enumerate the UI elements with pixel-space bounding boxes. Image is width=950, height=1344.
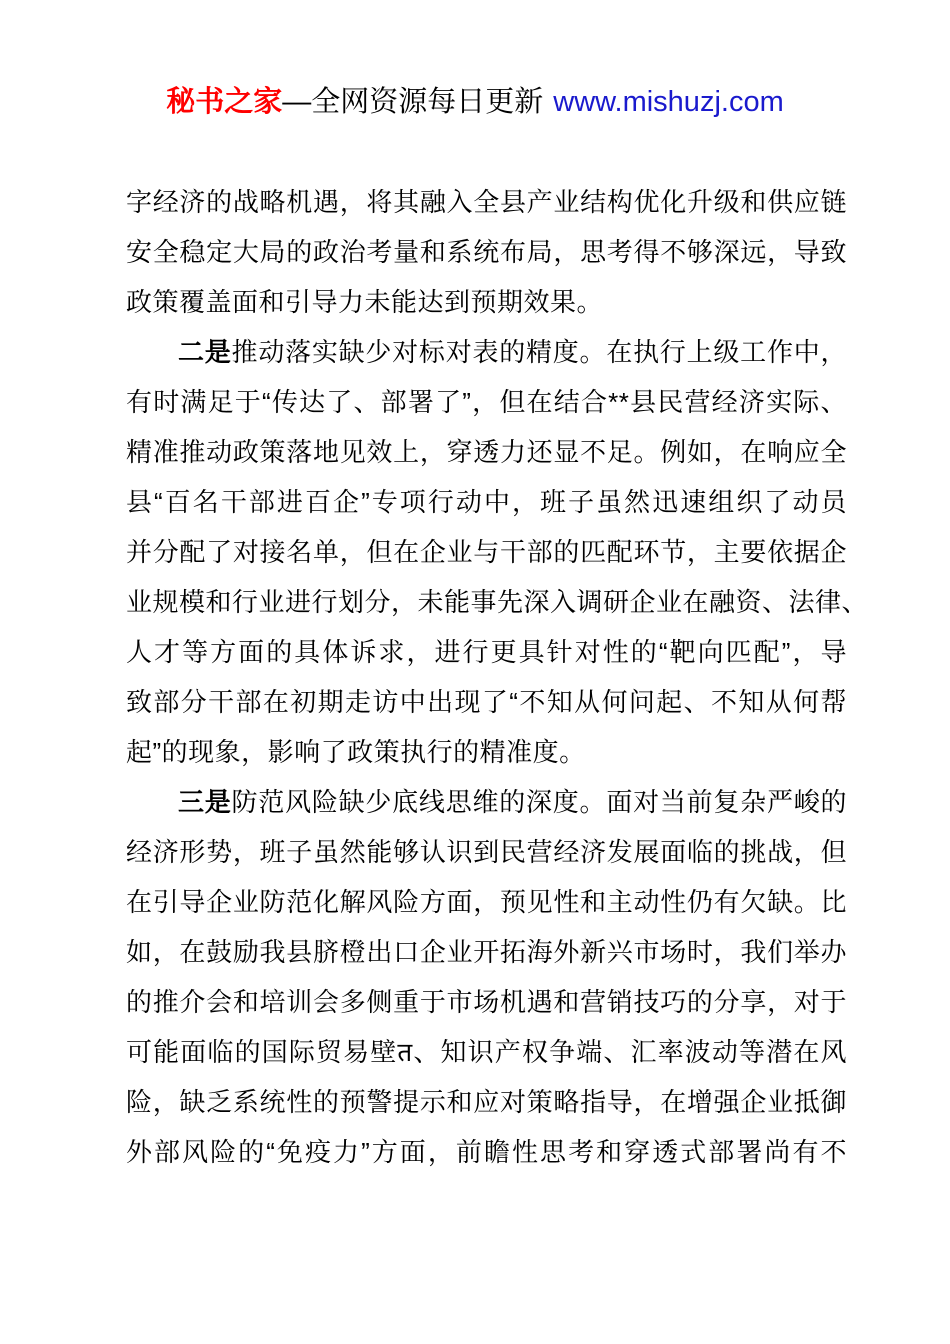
site-header: 秘书之家—全网资源每日更新www.mishuzj.com [0,84,950,120]
doc-line: 二是推动落实缺少对标对表的精度。在执行上级工作中， [126,327,847,377]
doc-line-text: 精准推动政策落地见效上，穿透力还显不足。例如，在响应全 [126,437,847,467]
brand-name: 秘书之家 [166,86,282,118]
document-page: 秘书之家—全网资源每日更新www.mishuzj.com 字经济的战略机遇，将其… [0,0,950,1344]
doc-line: 的推介会和培训会多侧重于市场机遇和营销技巧的分享，对于 [126,977,847,1027]
doc-line-text: 险，缺乏系统性的预警提示和应对策略指导，在增强企业抵御 [126,1087,847,1117]
doc-line: 业规模和行业进行划分，未能事先深入调研企业在融资、法律、 [126,577,847,627]
doc-line-text: 的推介会和培训会多侧重于市场机遇和营销技巧的分享，对于 [126,987,847,1017]
doc-line-text: 经济形势，班子虽然能够认识到民营经济发展面临的挑战，但 [126,837,847,867]
doc-line-text: 在引导企业防范化解风险方面，预见性和主动性仍有欠缺。比 [126,887,847,917]
emphasis-run: 二是 [178,337,232,367]
doc-line: 精准推动政策落地见效上，穿透力还显不足。例如，在响应全 [126,427,847,477]
doc-line-text: 县“百名干部进百企”专项行动中，班子虽然迅速组织了动员 [126,487,847,517]
doc-line-text: 字经济的战略机遇，将其融入全县产业结构优化升级和供应链 [126,187,847,217]
document-body: 字经济的战略机遇，将其融入全县产业结构优化升级和供应链 安全稳定大局的政治考量和… [126,177,847,1177]
site-url: www.mishuzj.com [553,86,783,118]
doc-line: 在引导企业防范化解风险方面，预见性和主动性仍有欠缺。比 [126,877,847,927]
doc-line-text: 起”的现象，影响了政策执行的精准度。 [126,737,586,767]
doc-line: 字经济的战略机遇，将其融入全县产业结构优化升级和供应链 [126,177,847,227]
doc-line: 险，缺乏系统性的预警提示和应对策略指导，在增强企业抵御 [126,1077,847,1127]
doc-line: 致部分干部在初期走访中出现了“不知从何问起、不知从何帮 [126,677,847,727]
doc-line-text: 外部风险的“免疫力”方面，前瞻性思考和穿透式部署尚有不 [126,1137,847,1167]
doc-line-text: 有时满足于“传达了、部署了”，但在结合**县民营经济实际、 [126,387,847,417]
doc-line: 安全稳定大局的政治考量和系统布局，思考得不够深远，导致 [126,227,847,277]
doc-line: 如，在鼓励我县脐橙出口企业开拓海外新兴市场时，我们举办 [126,927,847,977]
emphasis-run: 三是 [178,787,232,817]
doc-line-text: 致部分干部在初期走访中出现了“不知从何问起、不知从何帮 [126,687,847,717]
doc-line: 人才等方面的具体诉求，进行更具针对性的“靶向匹配”，导 [126,627,847,677]
doc-line: 并分配了对接名单，但在企业与干部的匹配环节，主要依据企 [126,527,847,577]
doc-line-text: 业规模和行业进行划分，未能事先深入调研企业在融资、法律、 [126,587,868,617]
doc-line-text: 政策覆盖面和引导力未能达到预期效果。 [126,287,603,317]
doc-line-text: 如，在鼓励我县脐橙出口企业开拓海外新兴市场时，我们举办 [126,937,847,967]
doc-line: 外部风险的“免疫力”方面，前瞻性思考和穿透式部署尚有不 [126,1127,847,1177]
doc-line-text: 防范风险缺少底线思维的深度。面对当前复杂严峻的 [232,787,847,817]
doc-line: 可能面临的国际贸易壁त、知识产权争端、汇率波动等潜在风 [126,1027,847,1077]
doc-line: 三是防范风险缺少底线思维的深度。面对当前复杂严峻的 [126,777,847,827]
doc-line: 起”的现象，影响了政策执行的精准度。 [126,727,847,777]
doc-line: 县“百名干部进百企”专项行动中，班子虽然迅速组织了动员 [126,477,847,527]
doc-line: 经济形势，班子虽然能够认识到民营经济发展面临的挑战，但 [126,827,847,877]
doc-line: 政策覆盖面和引导力未能达到预期效果。 [126,277,847,327]
doc-line: 有时满足于“传达了、部署了”，但在结合**县民营经济实际、 [126,377,847,427]
doc-line-text: 人才等方面的具体诉求，进行更具针对性的“靶向匹配”，导 [126,637,847,667]
doc-line-text: 可能面临的国际贸易壁त、知识产权争端、汇率波动等潜在风 [126,1037,847,1067]
doc-line-text: 安全稳定大局的政治考量和系统布局，思考得不够深远，导致 [126,237,847,267]
doc-line-text: 推动落实缺少对标对表的精度。在执行上级工作中， [232,337,847,367]
header-tagline: —全网资源每日更新 [282,86,543,118]
doc-line-text: 并分配了对接名单，但在企业与干部的匹配环节，主要依据企 [126,537,847,567]
